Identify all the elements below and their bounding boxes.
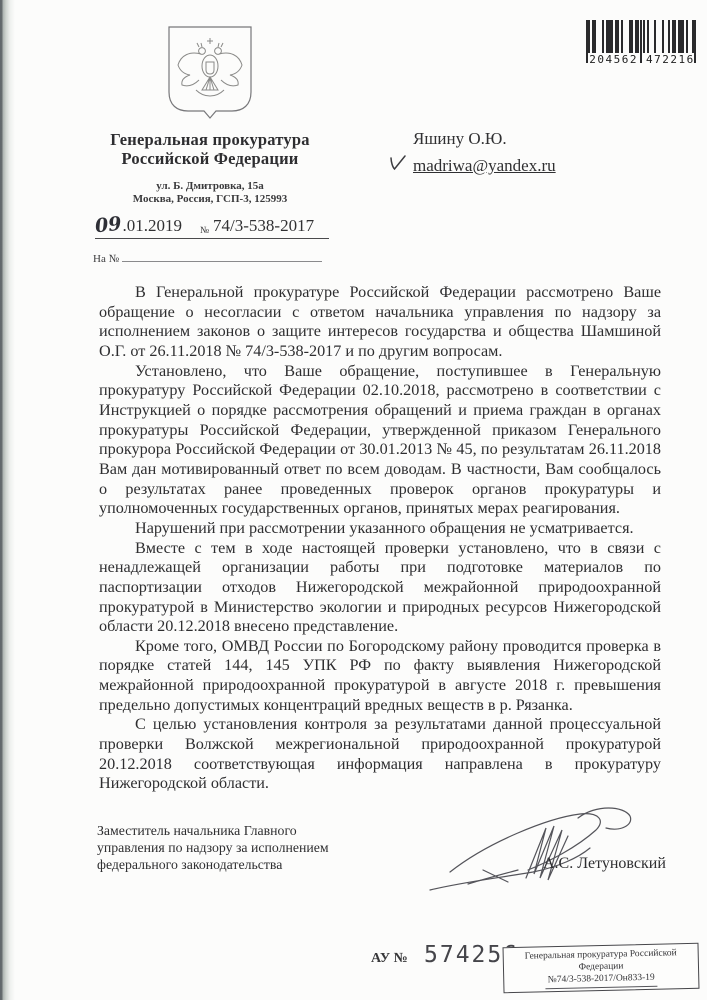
body-paragraph: Установлено, что Ваше обращение, поступи…	[99, 362, 661, 519]
signature-scribble	[428, 800, 643, 905]
org-address-line2: Москва, Россия, ГСП-3, 125993	[55, 193, 365, 206]
org-name-line1: Генеральная прокуратура	[55, 130, 365, 149]
au-label: АУ №	[371, 951, 408, 967]
signatory-title: Заместитель начальника Главного управлен…	[97, 822, 329, 873]
signatory-title-line2: управления по надзору за исполнением	[97, 839, 329, 856]
body-paragraph: В Генеральной прокуратуре Российской Фед…	[99, 283, 661, 362]
body-paragraph: Кроме того, ОМВД России по Богородскому …	[99, 637, 661, 716]
body-paragraph: Нарушений при рассмотрении указанного об…	[99, 519, 661, 539]
scan-edge-shadow	[0, 0, 16, 1000]
stamp-number: №74/3-538-2017/Он833-19	[546, 973, 657, 989]
barcode: 204562 472216	[584, 20, 700, 68]
barcode-bars	[584, 20, 700, 53]
addressee-block: Яшину О.Ю. madriwa@yandex.ru	[413, 129, 556, 176]
signatory-title-line3: федерального законодательства	[97, 856, 329, 873]
incoming-number-blank	[122, 249, 322, 262]
body-paragraph: С целью установления контроля за результ…	[99, 715, 661, 794]
body-paragraph: Вместе с тем в ходе настоящей проверки у…	[99, 539, 661, 637]
incoming-number-line: На №	[93, 249, 322, 265]
number-sign-label: №	[200, 226, 209, 236]
letterhead: Генеральная прокуратура Российской Федер…	[55, 130, 365, 206]
coat-of-arms-icon	[166, 24, 254, 120]
incoming-number-label: На №	[93, 253, 119, 265]
signatory-name: А.С. Летуновский	[543, 855, 666, 873]
letter-body: В Генеральной прокуратуре Российской Фед…	[99, 283, 661, 794]
document-number: 74/3-538-2017	[213, 216, 314, 236]
org-name-line2: Российской Федерации	[55, 149, 365, 168]
org-address-line1: ул. Б. Дмитровка, 15а	[55, 180, 365, 193]
signatory-title-line1: Заместитель начальника Главного	[97, 822, 329, 839]
addressee-name: Яшину О.Ю.	[413, 129, 556, 149]
scanned-letter-page: 204562 472216 Генеральная прокуратура Ро…	[0, 0, 707, 1000]
addressee-email: madriwa@yandex.ru	[413, 156, 556, 176]
registry-stamp: Генеральная прокуратура Российской Федер…	[503, 943, 700, 993]
date-printed: .01.2019	[122, 216, 182, 236]
reference-line: 09 .01.2019 № 74/3-538-2017	[95, 214, 329, 239]
handwritten-date-day: 09	[94, 213, 123, 238]
checkmark-icon	[388, 153, 408, 178]
barcode-digits: 204562 472216	[584, 53, 700, 66]
